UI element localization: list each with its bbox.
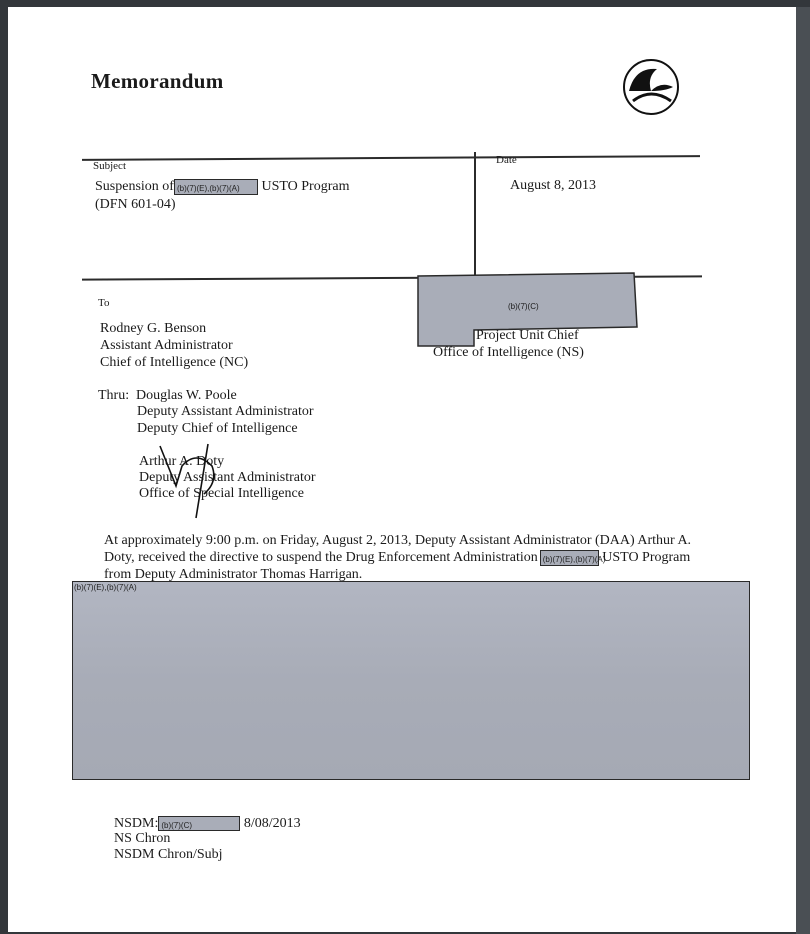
subject-line: Suspension of(b)(7)(E),(b)(7)(A) USTO Pr… bbox=[95, 178, 349, 195]
from-redaction-code: (b)(7)(C) bbox=[508, 302, 539, 311]
header-top-rule bbox=[82, 155, 700, 160]
dea-seal-icon bbox=[621, 57, 681, 117]
subject-label: Subject bbox=[93, 160, 126, 172]
signature-mark bbox=[148, 442, 228, 522]
header-divider bbox=[474, 152, 476, 277]
to-label: To bbox=[98, 297, 109, 309]
paragraph-line-1: At approximately 9:00 p.m. on Friday, Au… bbox=[104, 532, 691, 549]
subject-redaction: (b)(7)(E),(b)(7)(A) bbox=[174, 179, 258, 195]
footer-nsdm-date: 8/08/2013 bbox=[244, 816, 301, 831]
to-title: Assistant Administrator bbox=[100, 337, 233, 354]
document-page: Memorandum Subject Suspension of(b)(7)(E… bbox=[8, 7, 796, 932]
footer-nsdm-label: NSDM: bbox=[114, 816, 158, 831]
thru-office: Deputy Chief of Intelligence bbox=[137, 420, 298, 437]
date-value: August 8, 2013 bbox=[510, 177, 596, 194]
date-label: Date bbox=[496, 154, 517, 166]
paragraph-line-2-suffix: USTO Program bbox=[602, 550, 690, 565]
subject-dfn: (DFN 601-04) bbox=[95, 196, 176, 213]
subject-suffix: USTO Program bbox=[261, 179, 349, 194]
paragraph-line-2: Doty, received the directive to suspend … bbox=[104, 549, 690, 566]
footer-ns-chron: NS Chron bbox=[114, 830, 170, 847]
paragraph-line-2-prefix: Doty, received the directive to suspend … bbox=[104, 550, 538, 565]
thru-name: Douglas W. Poole bbox=[136, 387, 237, 404]
to-name: Rodney G. Benson bbox=[100, 320, 206, 337]
to-office: Chief of Intelligence (NC) bbox=[100, 354, 248, 371]
block-redaction-code: (b)(7)(E),(b)(7)(A) bbox=[74, 583, 137, 592]
from-title: Project Unit Chief bbox=[476, 327, 579, 344]
thru-title: Deputy Assistant Administrator bbox=[137, 403, 314, 420]
footer-redaction: (b)(7)(C) bbox=[158, 816, 240, 831]
paragraph-redaction: (b)(7)(E),(b)(7)(A) bbox=[540, 550, 599, 566]
memo-title: Memorandum bbox=[91, 69, 224, 94]
from-office: Office of Intelligence (NS) bbox=[433, 344, 584, 361]
viewer-scrollbar[interactable] bbox=[796, 7, 810, 934]
footer-nsdm-chron: NSDM Chron/Subj bbox=[114, 846, 223, 863]
subject-prefix: Suspension of bbox=[95, 179, 174, 194]
block-redaction: (b)(7)(E),(b)(7)(A) bbox=[72, 581, 750, 780]
thru-label: Thru: bbox=[98, 387, 129, 404]
